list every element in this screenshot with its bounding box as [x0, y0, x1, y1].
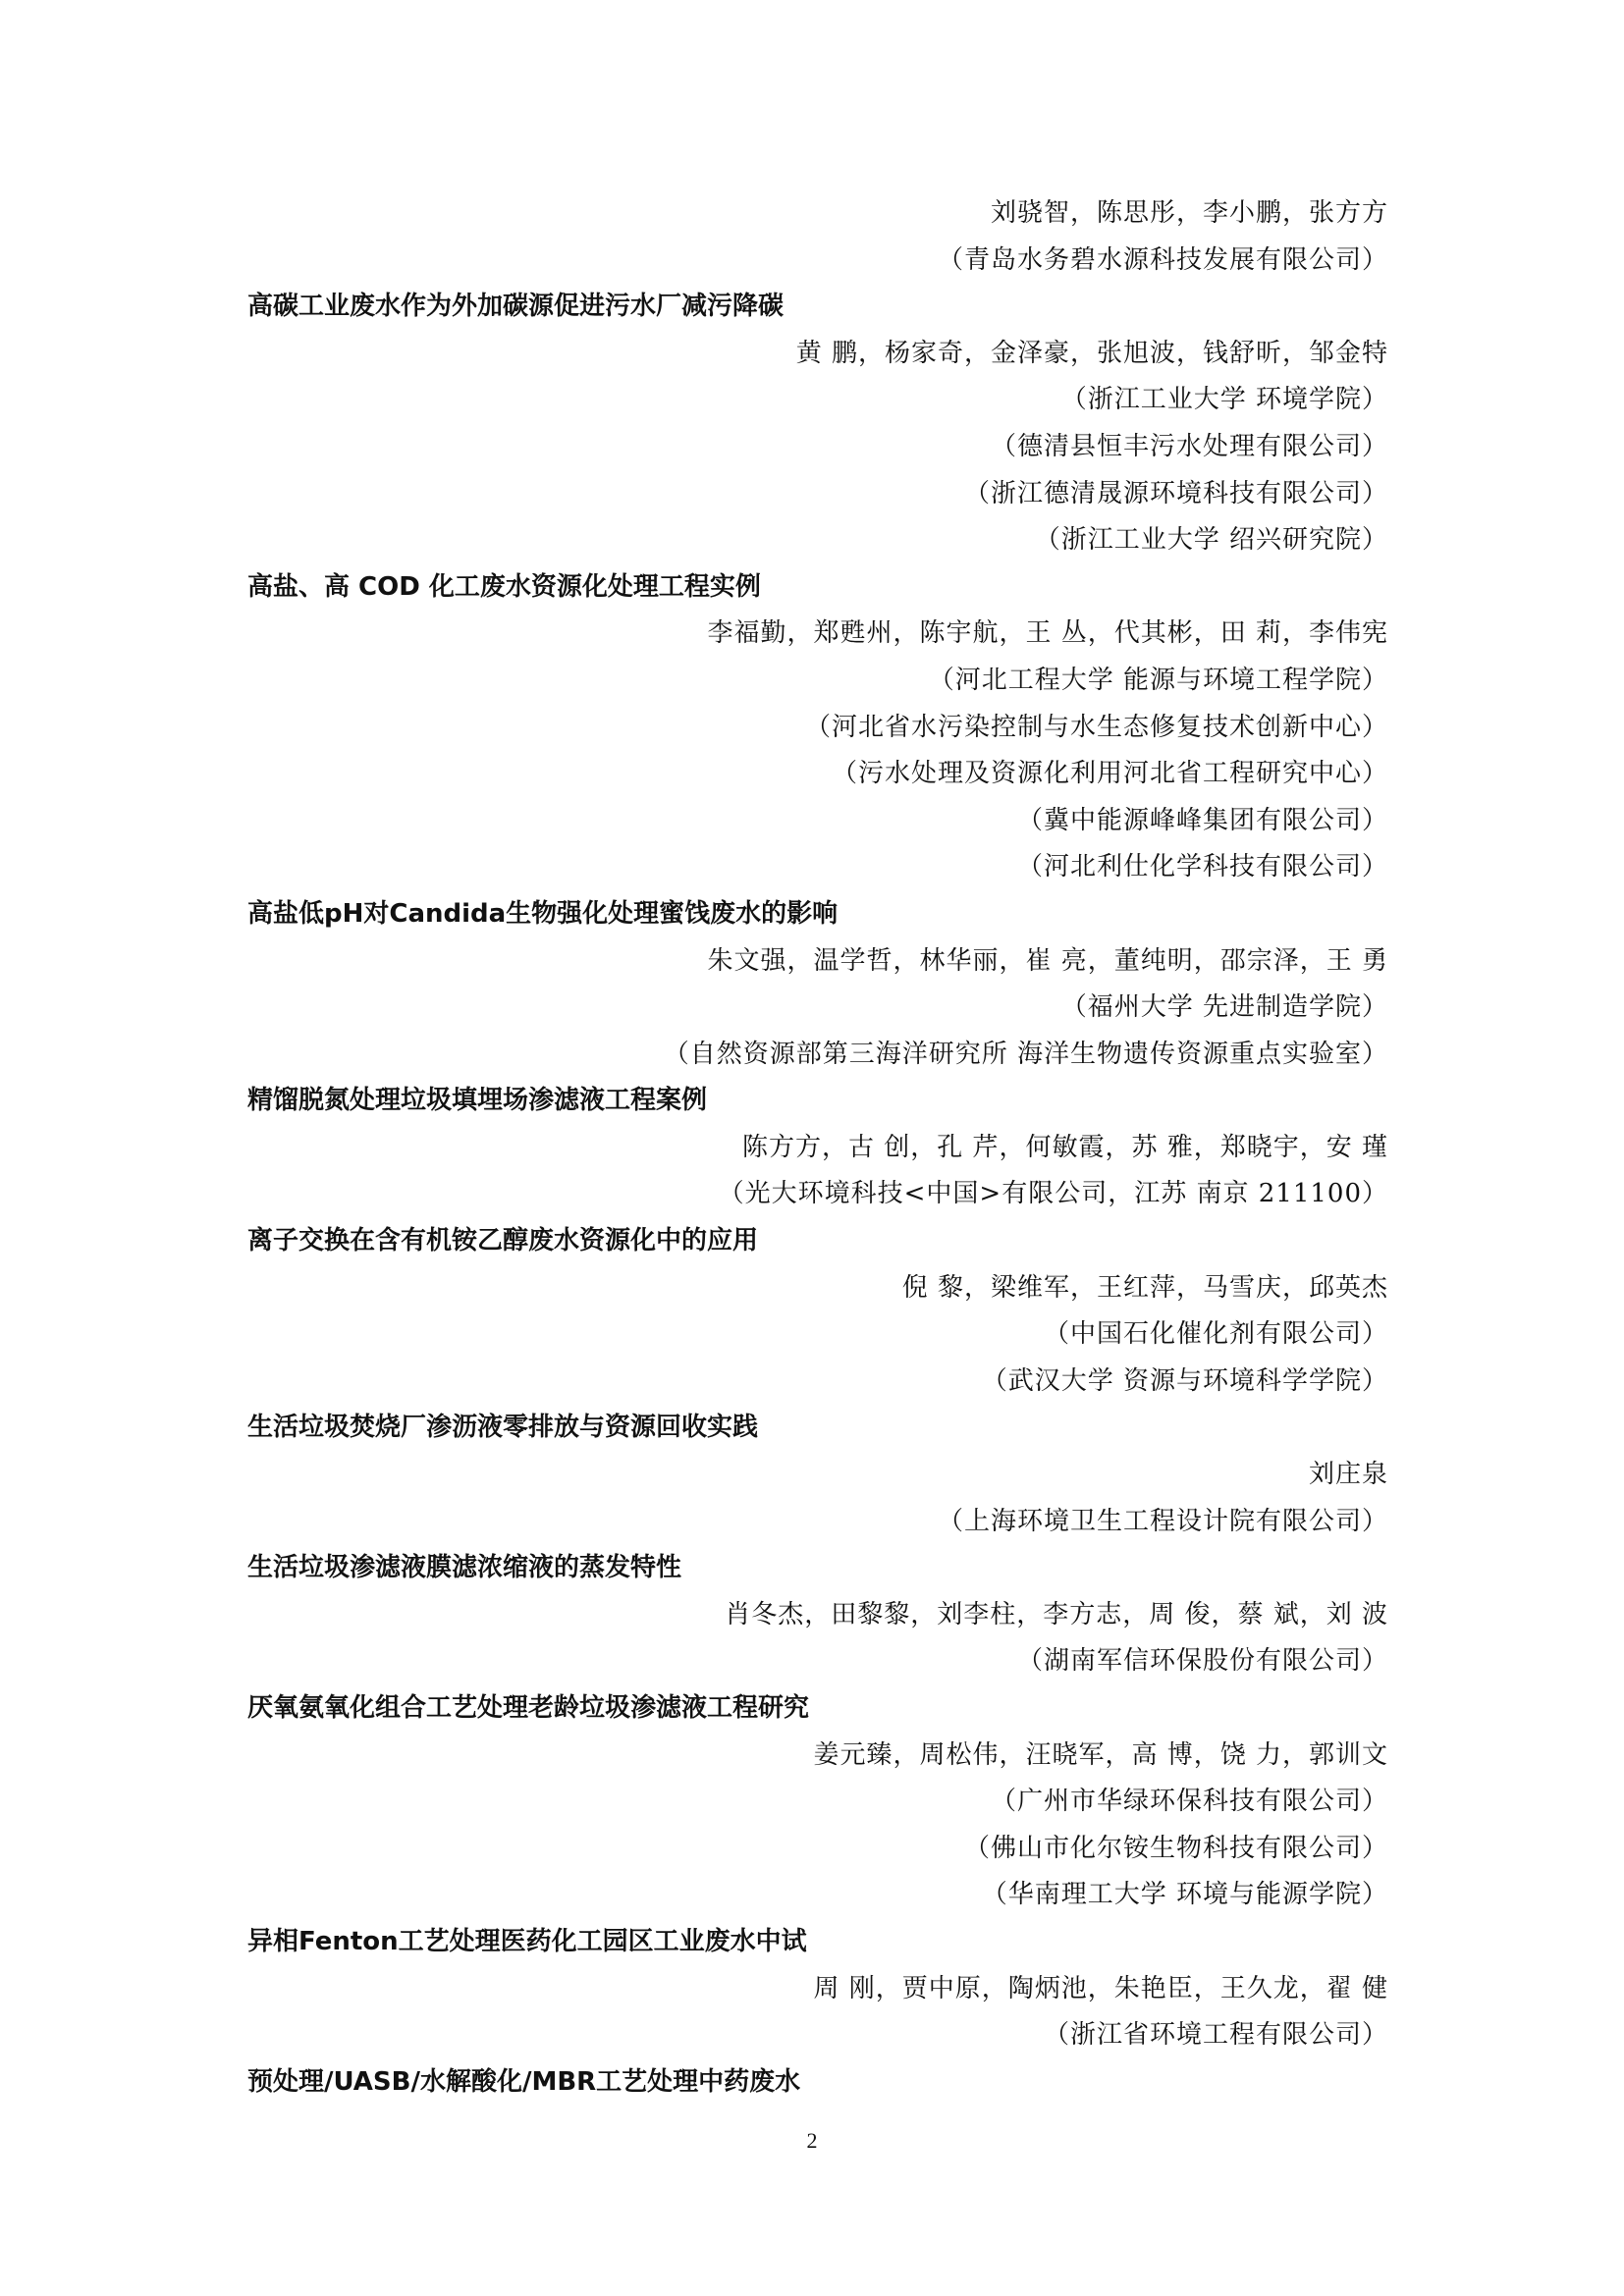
entry-affiliation: （福州大学 先进制造学院） [247, 985, 1388, 1032]
entry-affiliation: （浙江工业大学 环境学院） [247, 377, 1388, 424]
entry-title: 精馏脱氮处理垃圾填埋场渗滤液工程案例 [247, 1078, 1388, 1125]
entry-affiliation: （佛山市化尔铵生物科技有限公司） [247, 1826, 1388, 1873]
entry-affiliation: （光大环境科技<中国>有限公司，江苏 南京 211100） [247, 1171, 1388, 1218]
entry-authors: 李福勤，郑甦州，陈宇航，王 丛，代其彬，田 莉，李伟宪 [247, 611, 1388, 658]
entry-affiliation: （污水处理及资源化利用河北省工程研究中心） [247, 751, 1388, 798]
entry-affiliation: （冀中能源峰峰集团有限公司） [247, 798, 1388, 845]
entry-affiliation: （华南理工大学 环境与能源学院） [247, 1872, 1388, 1919]
document-page: 刘骁智，陈思彤，李小鹏，张方方 （青岛水务碧水源科技发展有限公司） 高碳工业废水… [0, 0, 1624, 2296]
page-number: 2 [0, 2128, 1624, 2154]
entry-title: 异相Fenton工艺处理医药化工园区工业废水中试 [247, 1919, 1388, 1966]
entry-title: 高盐低pH对Candida生物强化处理蜜饯废水的影响 [247, 891, 1388, 938]
entry-affiliation: （湖南军信环保股份有限公司） [247, 1638, 1388, 1685]
entry-authors: 黄 鹏，杨家奇，金泽豪，张旭波，钱舒昕，邹金特 [247, 331, 1388, 378]
entry-authors: 刘庄泉 [247, 1452, 1388, 1499]
entry-affiliation: （河北利仕化学科技有限公司） [247, 844, 1388, 891]
entry-affiliation: （浙江工业大学 绍兴研究院） [247, 517, 1388, 564]
entry-affiliation: （德清县恒丰污水处理有限公司） [247, 424, 1388, 471]
paper-list: 刘骁智，陈思彤，李小鹏，张方方 （青岛水务碧水源科技发展有限公司） 高碳工业废水… [247, 190, 1388, 2106]
entry-title: 高盐、高 COD 化工废水资源化处理工程实例 [247, 564, 1388, 612]
entry-affiliation: （自然资源部第三海洋研究所 海洋生物遗传资源重点实验室） [247, 1032, 1388, 1079]
entry-affiliation: （广州市华绿环保科技有限公司） [247, 1779, 1388, 1826]
entry-title: 预处理/UASB/水解酸化/MBR工艺处理中药废水 [247, 2059, 1388, 2107]
entry-authors: 刘骁智，陈思彤，李小鹏，张方方 [247, 190, 1388, 238]
entry-affiliation: （青岛水务碧水源科技发展有限公司） [247, 238, 1388, 285]
entry-authors: 肖冬杰，田黎黎，刘李柱，李方志，周 俊，蔡 斌，刘 波 [247, 1592, 1388, 1639]
entry-title: 生活垃圾渗滤液膜滤浓缩液的蒸发特性 [247, 1545, 1388, 1592]
entry-affiliation: （武汉大学 资源与环境科学学院） [247, 1359, 1388, 1406]
entry-affiliation: （浙江德清晟源环境科技有限公司） [247, 471, 1388, 518]
entry-title: 厌氧氨氧化组合工艺处理老龄垃圾渗滤液工程研究 [247, 1685, 1388, 1733]
entry-affiliation: （上海环境卫生工程设计院有限公司） [247, 1499, 1388, 1546]
entry-title: 离子交换在含有机铵乙醇废水资源化中的应用 [247, 1218, 1388, 1265]
entry-authors: 朱文强，温学哲，林华丽，崔 亮，董纯明，邵宗泽，王 勇 [247, 938, 1388, 986]
entry-affiliation: （河北省水污染控制与水生态修复技术创新中心） [247, 705, 1388, 752]
entry-authors: 姜元臻，周松伟，汪晓军，高 博，饶 力，郭训文 [247, 1733, 1388, 1780]
entry-title: 高碳工业废水作为外加碳源促进污水厂减污降碳 [247, 284, 1388, 331]
entry-authors: 周 刚，贾中原，陶炳池，朱艳臣，王久龙，翟 健 [247, 1966, 1388, 2013]
entry-title: 生活垃圾焚烧厂渗沥液零排放与资源回收实践 [247, 1405, 1388, 1452]
entry-authors: 陈方方，古 创，孔 芹，何敏霞，苏 雅，郑晓宇，安 瑾 [247, 1125, 1388, 1172]
entry-affiliation: （浙江省环境工程有限公司） [247, 2012, 1388, 2059]
entry-affiliation: （河北工程大学 能源与环境工程学院） [247, 658, 1388, 705]
entry-authors: 倪 黎，梁维军，王红萍，马雪庆，邱英杰 [247, 1265, 1388, 1312]
entry-affiliation: （中国石化催化剂有限公司） [247, 1311, 1388, 1359]
